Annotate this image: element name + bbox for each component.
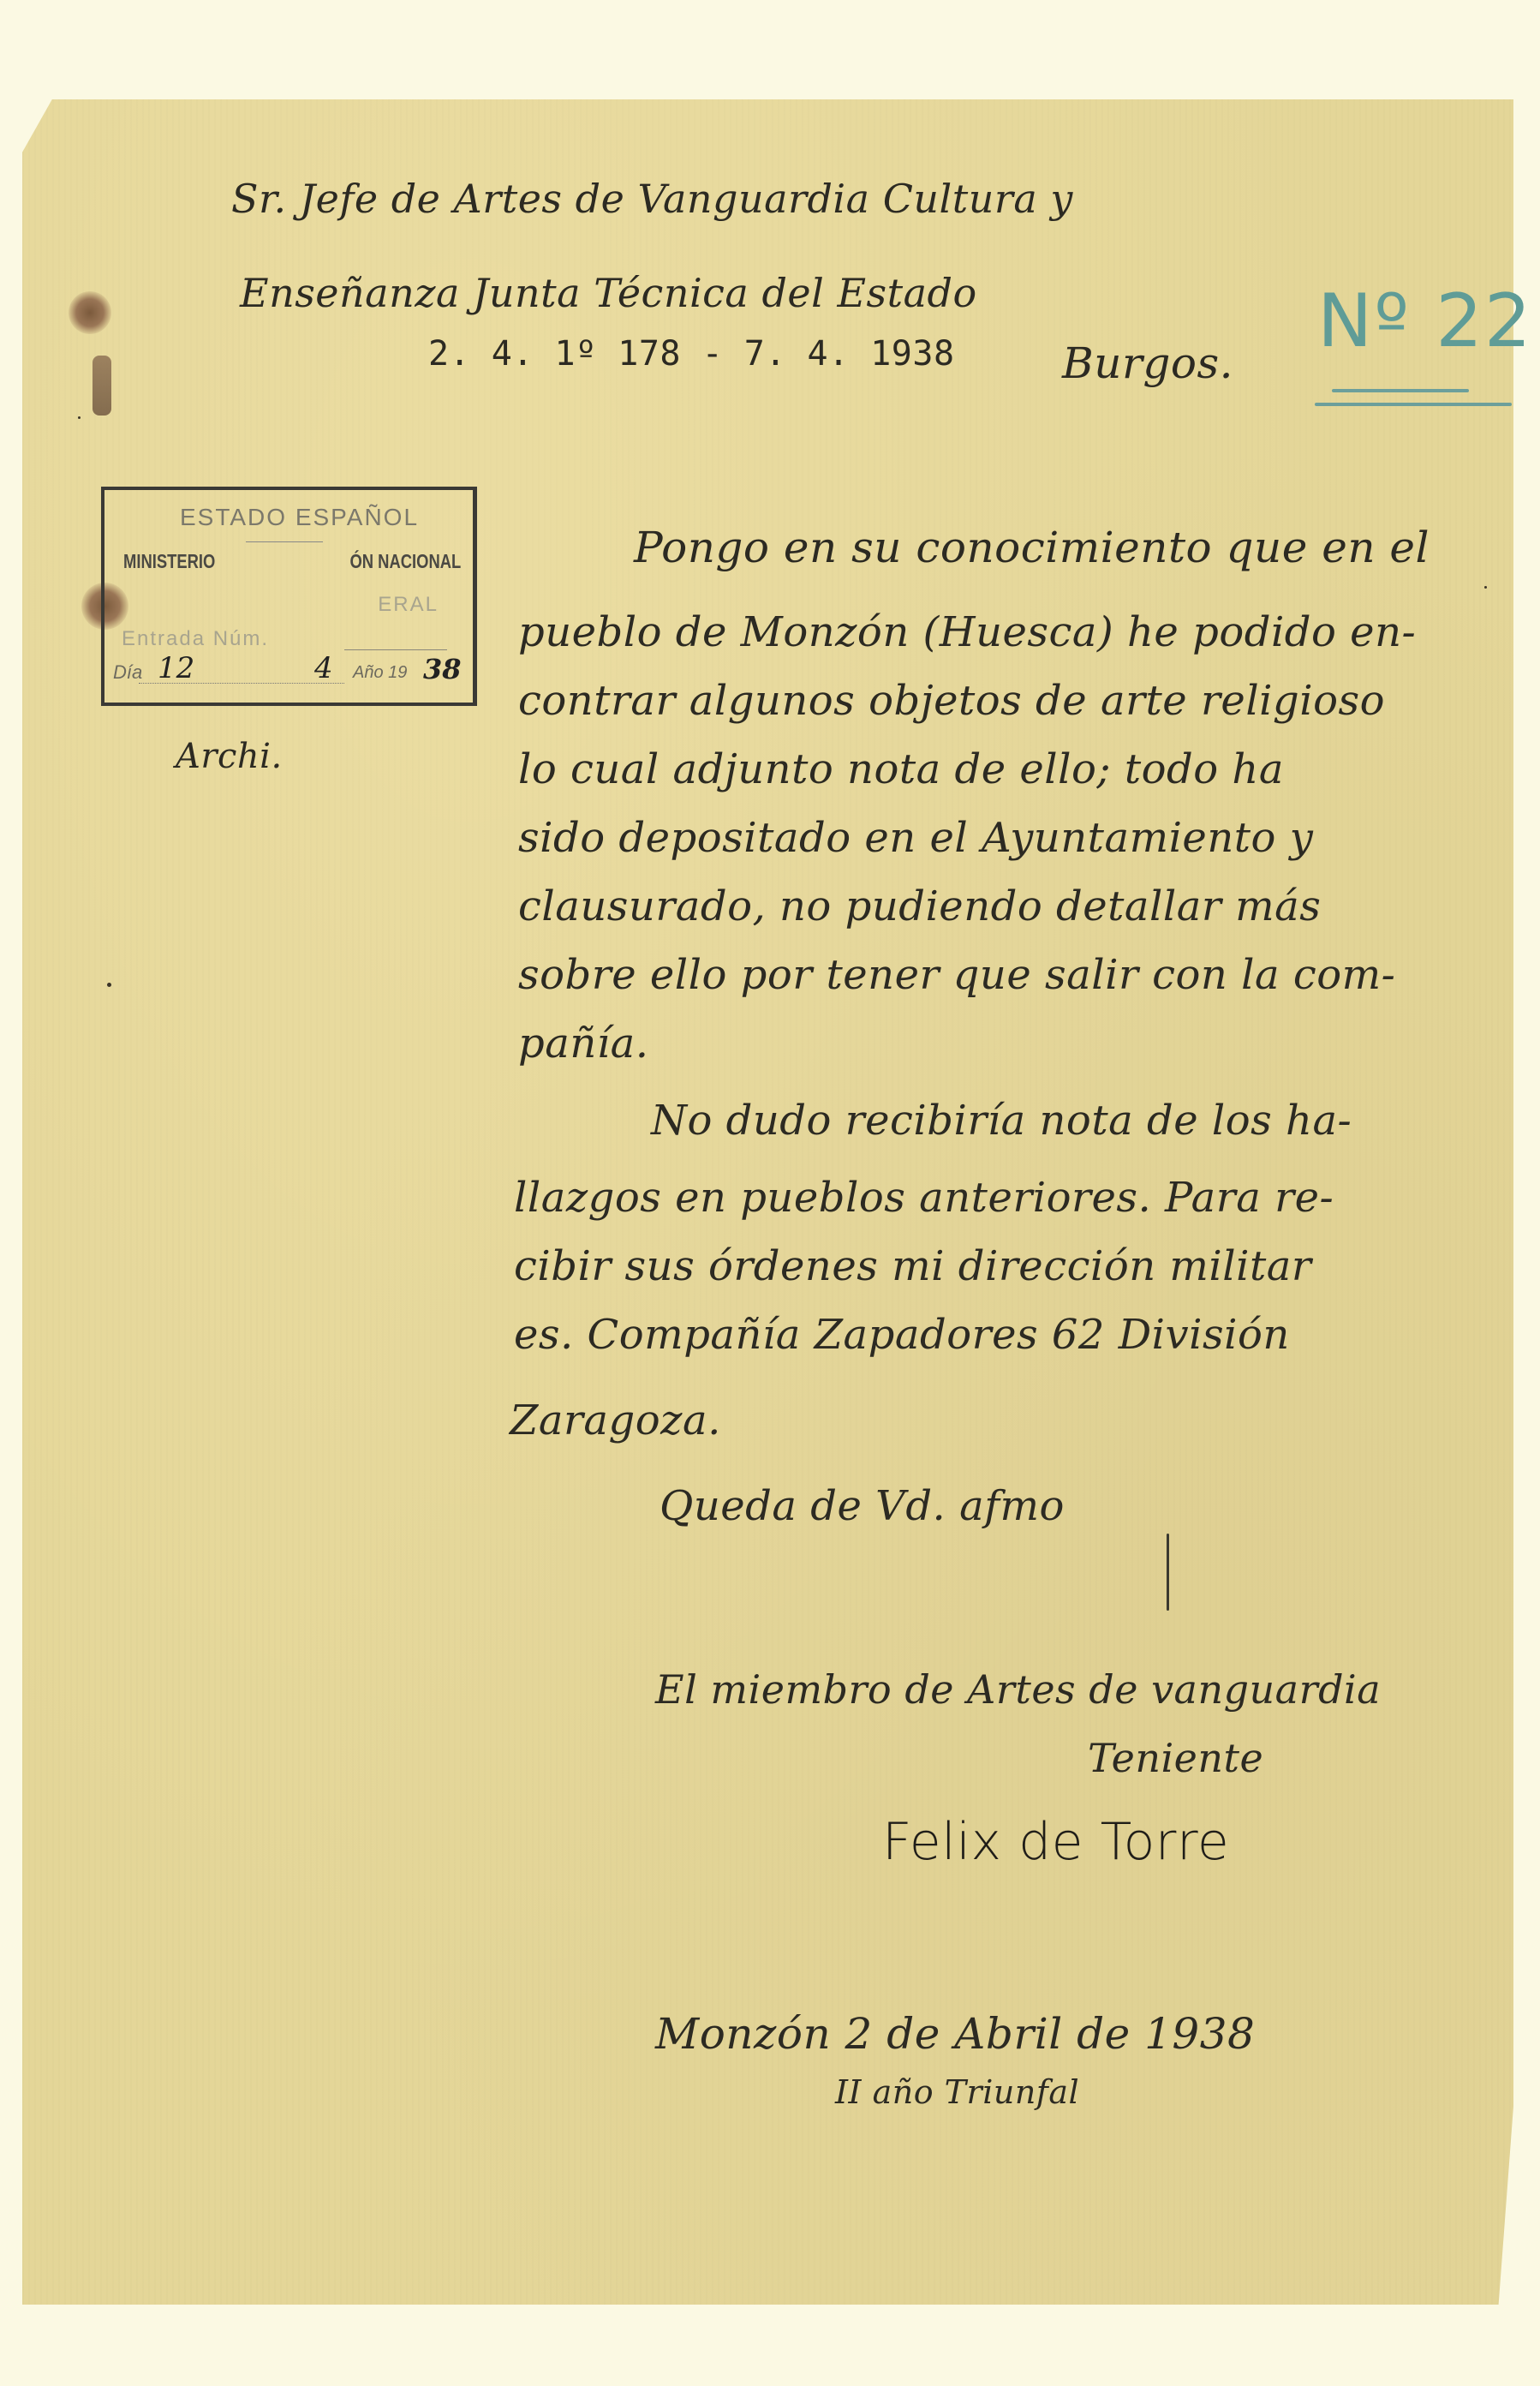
body-line: pueblo de Monzón (Huesca) he podido en-: [518, 608, 1416, 656]
stamp-ministry-left: MINISTERIO: [123, 550, 215, 573]
body-line: es. Compañía Zapadores 62 División: [514, 1311, 1290, 1359]
addressee-line-2: Enseñanza Junta Técnica del Estado: [240, 270, 977, 316]
body-line: sido depositado en el Ayuntamiento y: [518, 814, 1313, 862]
stamp-divider: [246, 541, 323, 542]
triumphal-year: II año Triunfal: [835, 2073, 1079, 2111]
stamp-ministry-right: ÓN NACIONAL: [349, 550, 461, 573]
paper-speck: [78, 416, 81, 419]
signature-rank: Teniente: [1088, 1735, 1263, 1781]
body-line: clausurado, no pudiendo detallar más: [518, 882, 1321, 930]
body-line: lo cual adjunto nota de ello; todo ha: [518, 745, 1284, 793]
file-number-underline-2: [1315, 403, 1512, 406]
stamp-faded-line: ERAL: [378, 593, 439, 617]
pen-stroke: [1167, 1534, 1169, 1611]
body-line: Pongo en su conocimiento que en el: [634, 523, 1430, 572]
body-line: pañía.: [518, 1020, 648, 1067]
stamp-entry-label: Entrada Núm.: [122, 627, 269, 651]
stamp-year-label: Año 19: [353, 663, 407, 683]
margin-note: Archi.: [176, 737, 283, 776]
body-line: No dudo recibiría nota de los ha-: [651, 1097, 1352, 1145]
file-number-underline: [1332, 389, 1469, 392]
stamp-entry-line: [344, 649, 447, 650]
signature-name: Felix de Torre: [882, 1812, 1229, 1872]
file-number-annotation: Nº 22: [1317, 278, 1533, 364]
closing-line: Queda de Vd. afmo: [660, 1482, 1065, 1530]
body-line: cibir sus órdenes mi dirección militar: [514, 1242, 1311, 1290]
body-line: contrar algunos objetos de arte religios…: [518, 677, 1385, 725]
stamp-month-value: 4: [314, 651, 333, 685]
pin-mark: [93, 356, 111, 416]
paper-speck: [1484, 586, 1487, 589]
place-date: Monzón 2 de Abril de 1938: [655, 2009, 1255, 2059]
paper-speck: [107, 983, 111, 987]
body-line: llazgos en pueblos anteriores. Para re-: [514, 1174, 1334, 1222]
body-line: sobre ello por tener que salir con la co…: [518, 951, 1395, 999]
stamp-dotted-line: [139, 683, 344, 684]
stamp-day-label: Día: [113, 661, 142, 684]
reference-number: 2. 4. 1º 178 - 7. 4. 1938: [428, 334, 955, 374]
stamp-day-value: 12: [158, 651, 194, 685]
stamp-year-value: 38: [423, 653, 462, 685]
signature-role: El miembro de Artes de vanguardia: [655, 1666, 1381, 1713]
rust-stain-top: [69, 291, 111, 334]
addressee-city: Burgos.: [1062, 338, 1233, 388]
addressee-line-1: Sr. Jefe de Artes de Vanguardia Cultura …: [231, 176, 1073, 222]
registry-stamp: ESTADO ESPAÑOL MINISTERIO ÓN NACIONAL ER…: [101, 487, 477, 706]
body-line: Zaragoza.: [510, 1396, 721, 1444]
stamp-title: ESTADO ESPAÑOL: [180, 504, 419, 531]
